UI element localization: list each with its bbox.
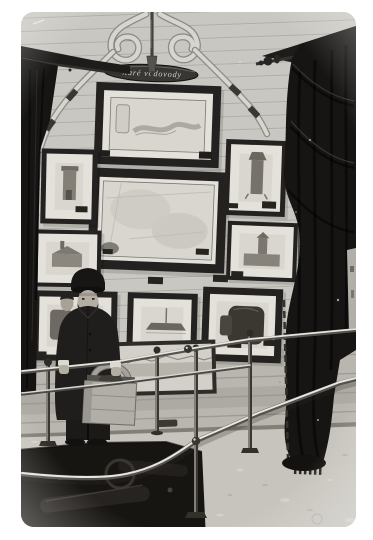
photograph-scan: Staré vodovody: [0, 0, 373, 540]
photo-fade: [21, 12, 356, 527]
photo-print: Staré vodovody: [21, 12, 356, 527]
exhibition-scene: Staré vodovody: [21, 12, 356, 527]
